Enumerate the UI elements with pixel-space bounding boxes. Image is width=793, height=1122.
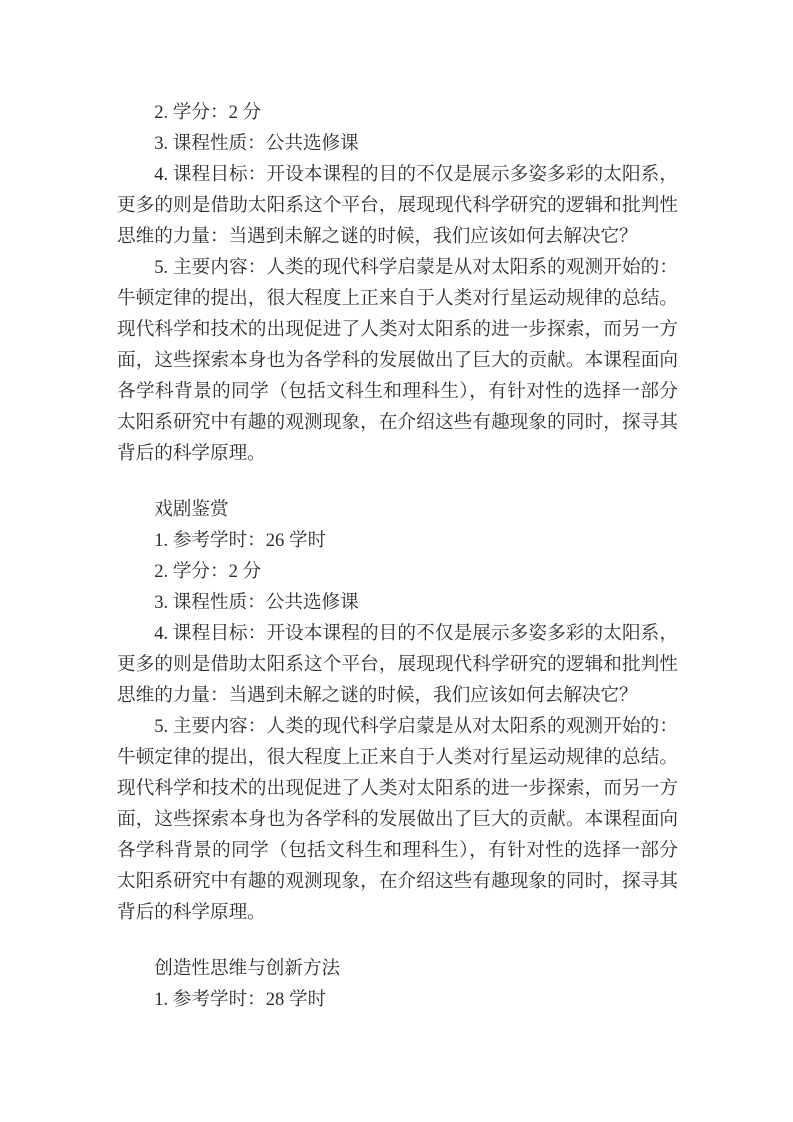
course-content-paragraph: 5. 主要内容：人类的现代科学启蒙是从对太阳系的观测开始的：牛顿定律的提出，很大… [117,252,678,469]
document-content: 2. 学分：2 分 3. 课程性质：公共选修课 4. 课程目标：开设本课程的目的… [117,97,678,1015]
course-section-drama: 戏剧鉴赏 1. 参考学时：26 学时 2. 学分：2 分 3. 课程性质：公共选… [117,494,678,928]
course-hours-line: 1. 参考学时：28 学时 [117,984,678,1015]
course-content-paragraph: 5. 主要内容：人类的现代科学启蒙是从对太阳系的观测开始的：牛顿定律的提出，很大… [117,711,678,928]
course-credits-line: 2. 学分：2 分 [117,556,678,587]
course-objectives-paragraph: 4. 课程目标：开设本课程的目的不仅是展示多姿多彩的太阳系，更多的则是借助太阳系… [117,618,678,711]
course-title-creative-thinking: 创造性思维与创新方法 [117,953,678,984]
course-hours-line: 1. 参考学时：26 学时 [117,525,678,556]
course-section-creative-thinking: 创造性思维与创新方法 1. 参考学时：28 学时 [117,953,678,1015]
course-credits-line: 2. 学分：2 分 [117,97,678,128]
course-section-solar-system: 2. 学分：2 分 3. 课程性质：公共选修课 4. 课程目标：开设本课程的目的… [117,97,678,469]
course-objectives-paragraph: 4. 课程目标：开设本课程的目的不仅是展示多姿多彩的太阳系，更多的则是借助太阳系… [117,159,678,252]
course-type-line: 3. 课程性质：公共选修课 [117,128,678,159]
document-page: 2. 学分：2 分 3. 课程性质：公共选修课 4. 课程目标：开设本课程的目的… [0,0,793,1122]
course-title-drama: 戏剧鉴赏 [117,494,678,525]
course-type-line: 3. 课程性质：公共选修课 [117,587,678,618]
